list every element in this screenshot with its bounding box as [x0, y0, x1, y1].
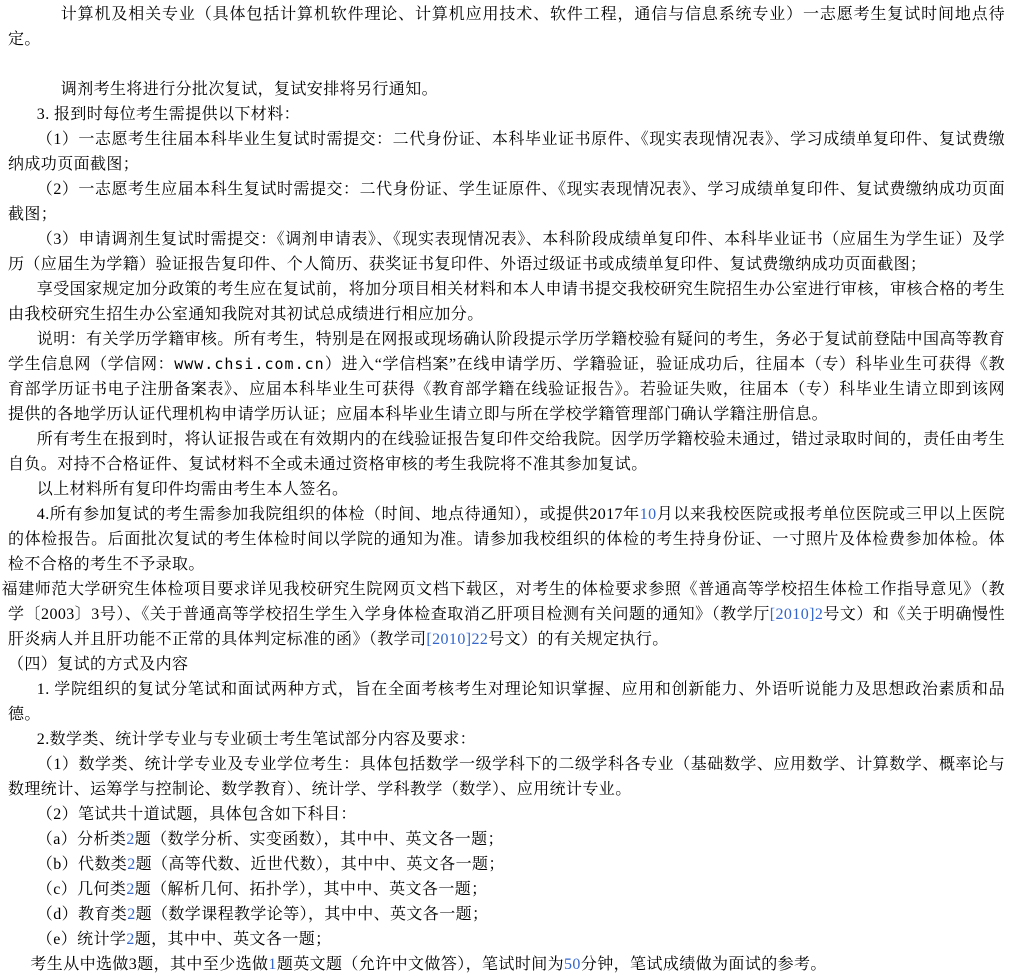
paragraph: （b）代数类2题（高等代数、近世代数），其中中、英文各一题；: [8, 852, 1005, 877]
text-segment: （a）分析类: [37, 831, 127, 848]
paragraph: 享受国家规定加分政策的考生应在复试前，将加分项目相关材料和本人申请书提交我校研究…: [8, 277, 1005, 327]
paragraph: 4.所有参加复试的考生需参加我院组织的体检（时间、地点待通知），或提供2017年…: [8, 502, 1005, 577]
text-segment: （1）一志愿考生往届本科毕业生复试时需提交：二代身份证、本科毕业证书原件、《现实…: [8, 131, 1005, 173]
text-segment: 调剂考生将进行分批次复试，复试安排将另行通知。: [61, 81, 438, 98]
text-segment: 题（解析几何、拓扑学），其中中、英文各一题；: [135, 881, 488, 898]
text-segment: 计算机及相关专业（具体包括计算机软件理论、计算机应用技术、软件工程，通信与信息系…: [8, 6, 1005, 48]
paragraph: 说明：有关学历学籍审核。所有考生，特别是在网报或现场确认阶段提示学历学籍校验有疑…: [8, 327, 1005, 427]
paragraph: （1）数学类、统计学专业及专业学位考生：具体包括数学一级学科下的二级学科各专业（…: [8, 752, 1005, 802]
paragraph: 3. 报到时每位考生需提供以下材料：: [8, 102, 1005, 127]
text-segment: （3）申请调剂生复试时需提交：《调剂申请表》、《现实表现情况表》、本科阶段成绩单…: [8, 231, 1005, 273]
highlighted-number: 2: [127, 906, 135, 923]
text-segment: （c）几何类: [37, 881, 127, 898]
highlighted-number: 2: [126, 831, 134, 848]
text-segment: 考生从中选做3题，其中至少选做: [30, 956, 268, 973]
text-segment: （d）教育类: [37, 906, 127, 923]
url-text: www.chsi.com.cn: [174, 355, 324, 373]
text-segment: （四）复试的方式及内容: [8, 656, 188, 673]
highlighted-number: 50: [564, 956, 581, 973]
text-segment: （1）数学类、统计学专业及专业学位考生：具体包括数学一级学科下的二级学科各专业（…: [8, 756, 1005, 798]
text-segment: 题（数学课程教学论等），其中中、英文各一题；: [136, 906, 489, 923]
text-segment: 享受国家规定加分政策的考生应在复试前，将加分项目相关材料和本人申请书提交我校研究…: [8, 281, 1005, 323]
highlighted-number: 1: [268, 956, 276, 973]
paragraph: （a）分析类2题（数学分析、实变函数），其中中、英文各一题；: [8, 827, 1005, 852]
paragraph: （四）复试的方式及内容: [8, 652, 1005, 677]
text-segment: 号文）的有关规定执行。: [488, 631, 668, 648]
text-segment: 2.数学类、统计学专业与专业硕士考生笔试部分内容及要求：: [37, 731, 476, 748]
highlighted-number: 2: [127, 856, 135, 873]
paragraph: （e）统计学2题，其中中、英文各一题；: [8, 927, 1005, 952]
text-segment: 题（高等代数、近世代数），其中中、英文各一题；: [136, 856, 505, 873]
paragraph: （d）教育类2题（数学课程教学论等），其中中、英文各一题；: [8, 902, 1005, 927]
text-segment: 题，其中中、英文各一题；: [135, 931, 332, 948]
document-page: 计算机及相关专业（具体包括计算机软件理论、计算机应用技术、软件工程，通信与信息系…: [0, 0, 1013, 977]
paragraph: 福建师范大学研究生体检项目要求详见我校研究生院网页文档下载区，对考生的体检要求参…: [8, 577, 1005, 652]
paragraph: 以上材料所有复印件均需由考生本人签名。: [8, 477, 1005, 502]
text-segment: 所有考生在报到时，将认证报告或在有效期内的在线验证报告复印件交给我院。因学历学籍…: [8, 431, 1005, 473]
paragraph: 1. 学院组织的复试分笔试和面试两种方式，旨在全面考核考生对理论知识掌握、应用和…: [8, 677, 1005, 727]
text-segment: 1. 学院组织的复试分笔试和面试两种方式，旨在全面考核考生对理论知识掌握、应用和…: [8, 681, 1005, 723]
paragraph: （c）几何类2题（解析几何、拓扑学），其中中、英文各一题；: [8, 877, 1005, 902]
text-segment: 题英文题（允许中文做答），笔试时间为: [277, 956, 564, 973]
highlighted-number: [2010]22: [426, 631, 488, 648]
paragraph: 调剂考生将进行分批次复试，复试安排将另行通知。: [8, 77, 1005, 102]
text-segment: （b）代数类: [37, 856, 127, 873]
text-segment: 分钟，笔试成绩做为面试的参考。: [581, 956, 827, 973]
paragraph: 2.数学类、统计学专业与专业硕士考生笔试部分内容及要求：: [8, 727, 1005, 752]
text-segment: 题（数学分析、实变函数），其中中、英文各一题；: [135, 831, 504, 848]
text-segment: （2）一志愿考生应届本科生复试时需提交：二代身份证、学生证原件、《现实表现情况表…: [8, 181, 1005, 223]
paragraph: [8, 52, 1005, 77]
highlighted-number: [2010]2: [770, 606, 823, 623]
text-segment: （2）笔试共十道试题，具体包含如下科目：: [37, 806, 357, 823]
text-segment: 3. 报到时每位考生需提供以下材料：: [37, 106, 300, 123]
highlighted-number: 10: [640, 506, 657, 523]
paragraph: 所有考生在报到时，将认证报告或在有效期内的在线验证报告复印件交给我院。因学历学籍…: [8, 427, 1005, 477]
document-body: 计算机及相关专业（具体包括计算机软件理论、计算机应用技术、软件工程，通信与信息系…: [8, 2, 1005, 977]
paragraph: 考生从中选做3题，其中至少选做1题英文题（允许中文做答），笔试时间为50分钟，笔…: [8, 952, 1005, 977]
paragraph: （2）笔试共十道试题，具体包含如下科目：: [8, 802, 1005, 827]
highlighted-number: 2: [126, 931, 134, 948]
paragraph: （2）一志愿考生应届本科生复试时需提交：二代身份证、学生证原件、《现实表现情况表…: [8, 177, 1005, 227]
highlighted-number: 2: [126, 881, 134, 898]
text-segment: 4.所有参加复试的考生需参加我院组织的体检（时间、地点待通知），或提供2017年: [37, 506, 640, 523]
paragraph: （3）申请调剂生复试时需提交：《调剂申请表》、《现实表现情况表》、本科阶段成绩单…: [8, 227, 1005, 277]
text-segment: （e）统计学: [37, 931, 127, 948]
paragraph: （1）一志愿考生往届本科毕业生复试时需提交：二代身份证、本科毕业证书原件、《现实…: [8, 127, 1005, 177]
text-segment: 以上材料所有复印件均需由考生本人签名。: [37, 481, 349, 498]
paragraph: 计算机及相关专业（具体包括计算机软件理论、计算机应用技术、软件工程，通信与信息系…: [8, 2, 1005, 52]
